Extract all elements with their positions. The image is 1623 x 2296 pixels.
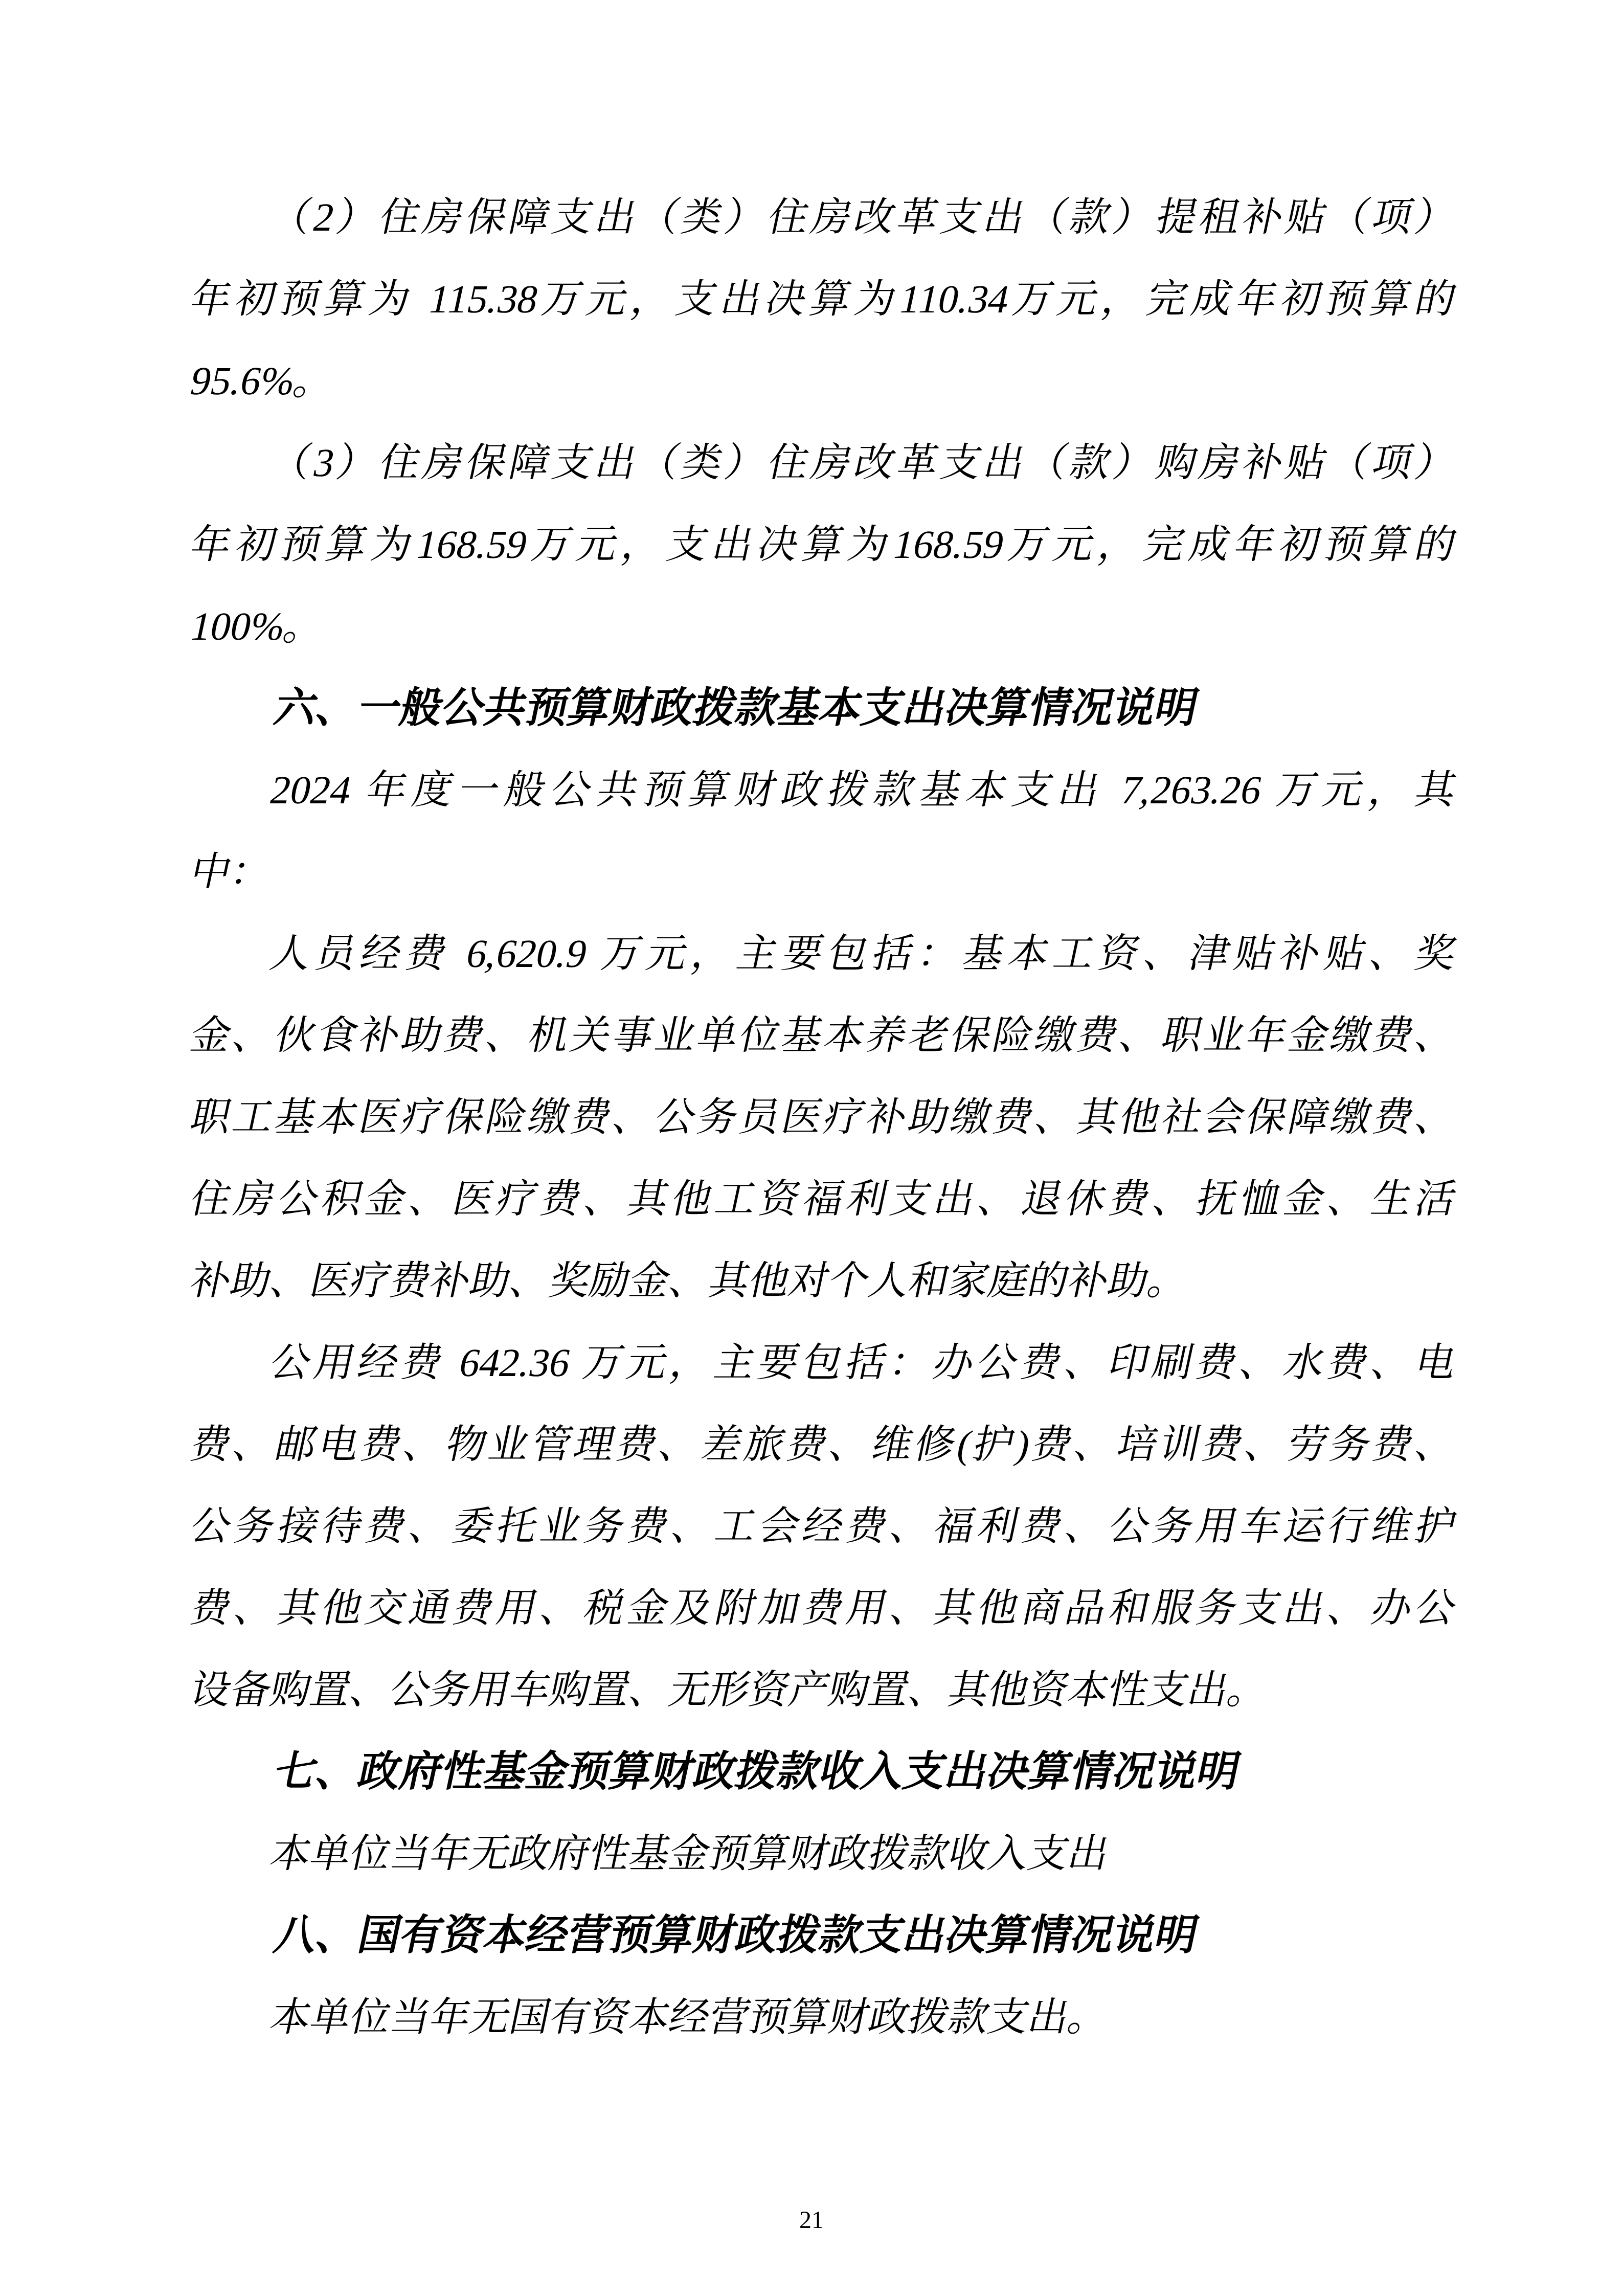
text-line-18: 费、其他交通费用、税金及附加费用、其他商品和服务支出、办公 — [183, 1567, 1464, 1649]
text-line-9: 中： — [183, 831, 1464, 913]
text-line-2: 年初预算为 115.38万元，支出决算为110.34万元，完成年初预算的 — [183, 258, 1464, 340]
text-line-4: （3）住房保障支出（类）住房改革支出（款）购房补贴（项） — [183, 422, 1464, 504]
text-line-19: 设备购置、公务用车购置、无形资产购置、其他资本性支出。 — [183, 1649, 1464, 1731]
section-heading-7: 七、政府性基金预算财政拨款收入支出决算情况说明 — [183, 1731, 1464, 1813]
text-line-15: 公用经费 642.36 万元，主要包括：办公费、印刷费、水费、电 — [183, 1322, 1464, 1404]
text-line-3: 95.6%。 — [183, 340, 1464, 422]
text-line-1: （2）住房保障支出（类）住房改革支出（款）提租补贴（项） — [183, 176, 1464, 258]
text-line-12: 职工基本医疗保险缴费、公务员医疗补助缴费、其他社会保障缴费、 — [183, 1076, 1464, 1158]
text-line-11: 金、伙食补助费、机关事业单位基本养老保险缴费、职业年金缴费、 — [183, 995, 1464, 1076]
section-heading-6: 六、一般公共预算财政拨款基本支出决算情况说明 — [183, 667, 1464, 749]
text-line-23: 本单位当年无国有资本经营预算财政拨款支出。 — [183, 1976, 1464, 2058]
text-line-17: 公务接待费、委托业务费、工会经费、福利费、公务用车运行维护 — [183, 1485, 1464, 1567]
text-line-5: 年初预算为168.59万元，支出决算为168.59万元，完成年初预算的 — [183, 504, 1464, 586]
document-body: （2）住房保障支出（类）住房改革支出（款）提租补贴（项） 年初预算为 115.3… — [183, 176, 1447, 2058]
section-heading-8: 八、国有资本经营预算财政拨款支出决算情况说明 — [183, 1895, 1464, 1976]
page-number: 21 — [0, 2207, 1623, 2234]
text-line-21: 本单位当年无政府性基金预算财政拨款收入支出 — [183, 1813, 1464, 1895]
text-line-16: 费、邮电费、物业管理费、差旅费、维修(护)费、培训费、劳务费、 — [183, 1404, 1464, 1485]
document-page: （2）住房保障支出（类）住房改革支出（款）提租补贴（项） 年初预算为 115.3… — [0, 0, 1623, 2296]
text-line-14: 补助、医疗费补助、奖励金、其他对个人和家庭的补助。 — [183, 1240, 1464, 1322]
text-line-13: 住房公积金、医疗费、其他工资福利支出、退休费、抚恤金、生活 — [183, 1158, 1464, 1240]
text-line-10: 人员经费 6,620.9 万元，主要包括：基本工资、津贴补贴、奖 — [183, 913, 1464, 995]
text-line-8: 2024 年度一般公共预算财政拨款基本支出 7,263.26 万元，其 — [183, 749, 1464, 831]
text-line-6: 100%。 — [183, 586, 1464, 667]
